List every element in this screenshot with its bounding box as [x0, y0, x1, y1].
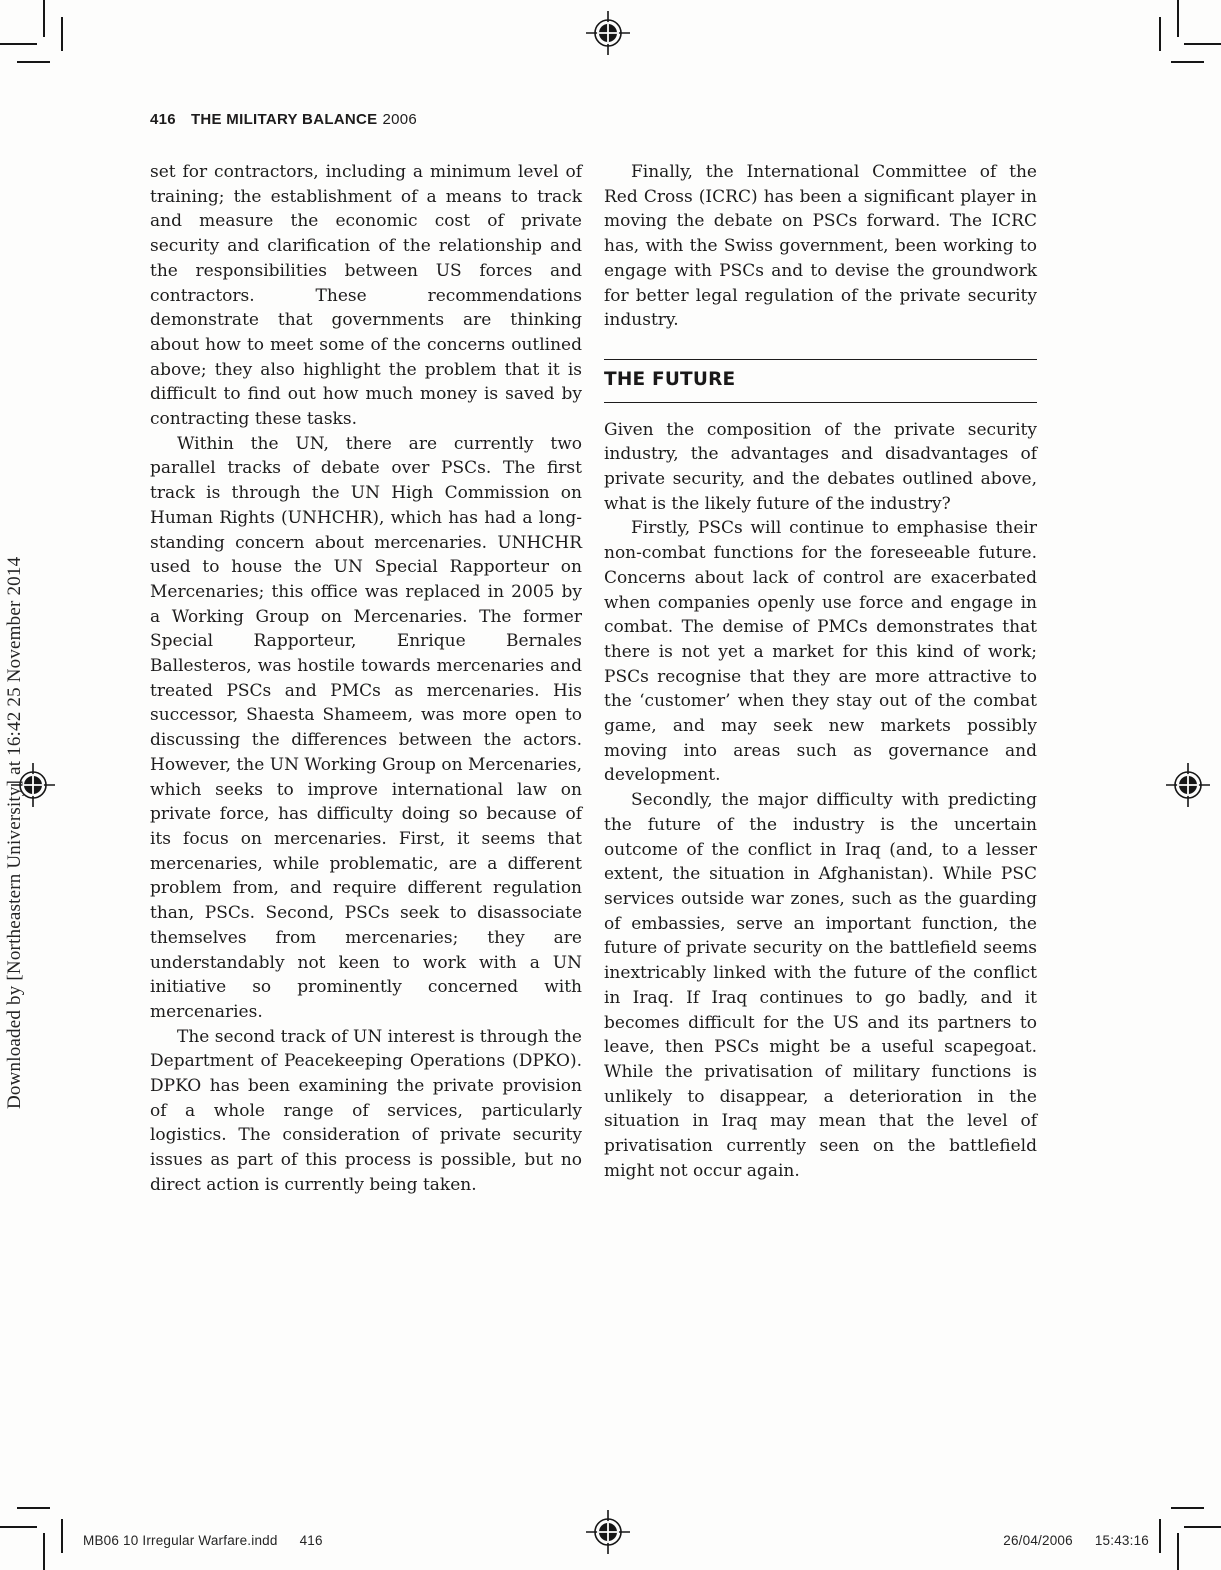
footer-file-slug: MB06 10 Irregular Warfare.indd416 — [83, 1533, 323, 1548]
body-paragraph: Finally, the International Committee of … — [604, 160, 1037, 333]
body-paragraph: set for contractors, including a minimum… — [150, 160, 582, 432]
crop-mark — [43, 0, 45, 37]
crop-mark — [17, 61, 50, 63]
footer-time: 15:43:16 — [1095, 1533, 1149, 1548]
crop-mark — [1171, 1507, 1204, 1509]
body-paragraph: Secondly, the major difficulty with pred… — [604, 788, 1037, 1183]
registration-mark-icon — [586, 11, 630, 55]
crop-mark — [17, 1507, 50, 1509]
body-paragraph: Given the composition of the private sec… — [604, 418, 1037, 517]
section-heading-the-future: THE FUTURE — [604, 359, 1037, 403]
footer-timestamp: 26/04/200615:43:16 — [1003, 1533, 1149, 1548]
footer-filename: MB06 10 Irregular Warfare.indd — [83, 1533, 278, 1548]
right-column: Finally, the International Committee of … — [604, 160, 1037, 1198]
body-paragraph: Within the UN, there are currently two p… — [150, 432, 582, 1025]
scanned-document-page: Downloaded by [Northeastern University] … — [0, 0, 1221, 1570]
footer-page-indicator: 416 — [300, 1533, 323, 1548]
edition-year: 2006 — [383, 111, 418, 128]
body-columns: set for contractors, including a minimum… — [150, 160, 1037, 1198]
crop-mark — [1184, 43, 1221, 45]
crop-mark — [1184, 1526, 1221, 1528]
left-column: set for contractors, including a minimum… — [150, 160, 582, 1198]
body-paragraph: Firstly, PSCs will continue to emphasise… — [604, 516, 1037, 788]
running-head: 416THE MILITARY BALANCE2006 — [150, 111, 417, 128]
crop-mark — [61, 1519, 63, 1553]
page-number: 416 — [150, 111, 176, 128]
registration-mark-icon — [1166, 763, 1210, 807]
download-watermark: Downloaded by [Northeastern University] … — [4, 481, 31, 1109]
crop-mark — [61, 17, 63, 51]
footer-date: 26/04/2006 — [1003, 1533, 1073, 1548]
body-paragraph: The second track of UN interest is throu… — [150, 1025, 582, 1198]
crop-mark — [1159, 1519, 1161, 1553]
book-title: THE MILITARY BALANCE — [191, 111, 378, 128]
crop-mark — [1171, 61, 1204, 63]
crop-mark — [0, 1526, 37, 1528]
crop-mark — [0, 43, 37, 45]
crop-mark — [1159, 17, 1161, 51]
crop-mark — [43, 1533, 45, 1570]
crop-mark — [1177, 0, 1179, 37]
registration-mark-icon — [586, 1510, 630, 1554]
crop-mark — [1177, 1533, 1179, 1570]
